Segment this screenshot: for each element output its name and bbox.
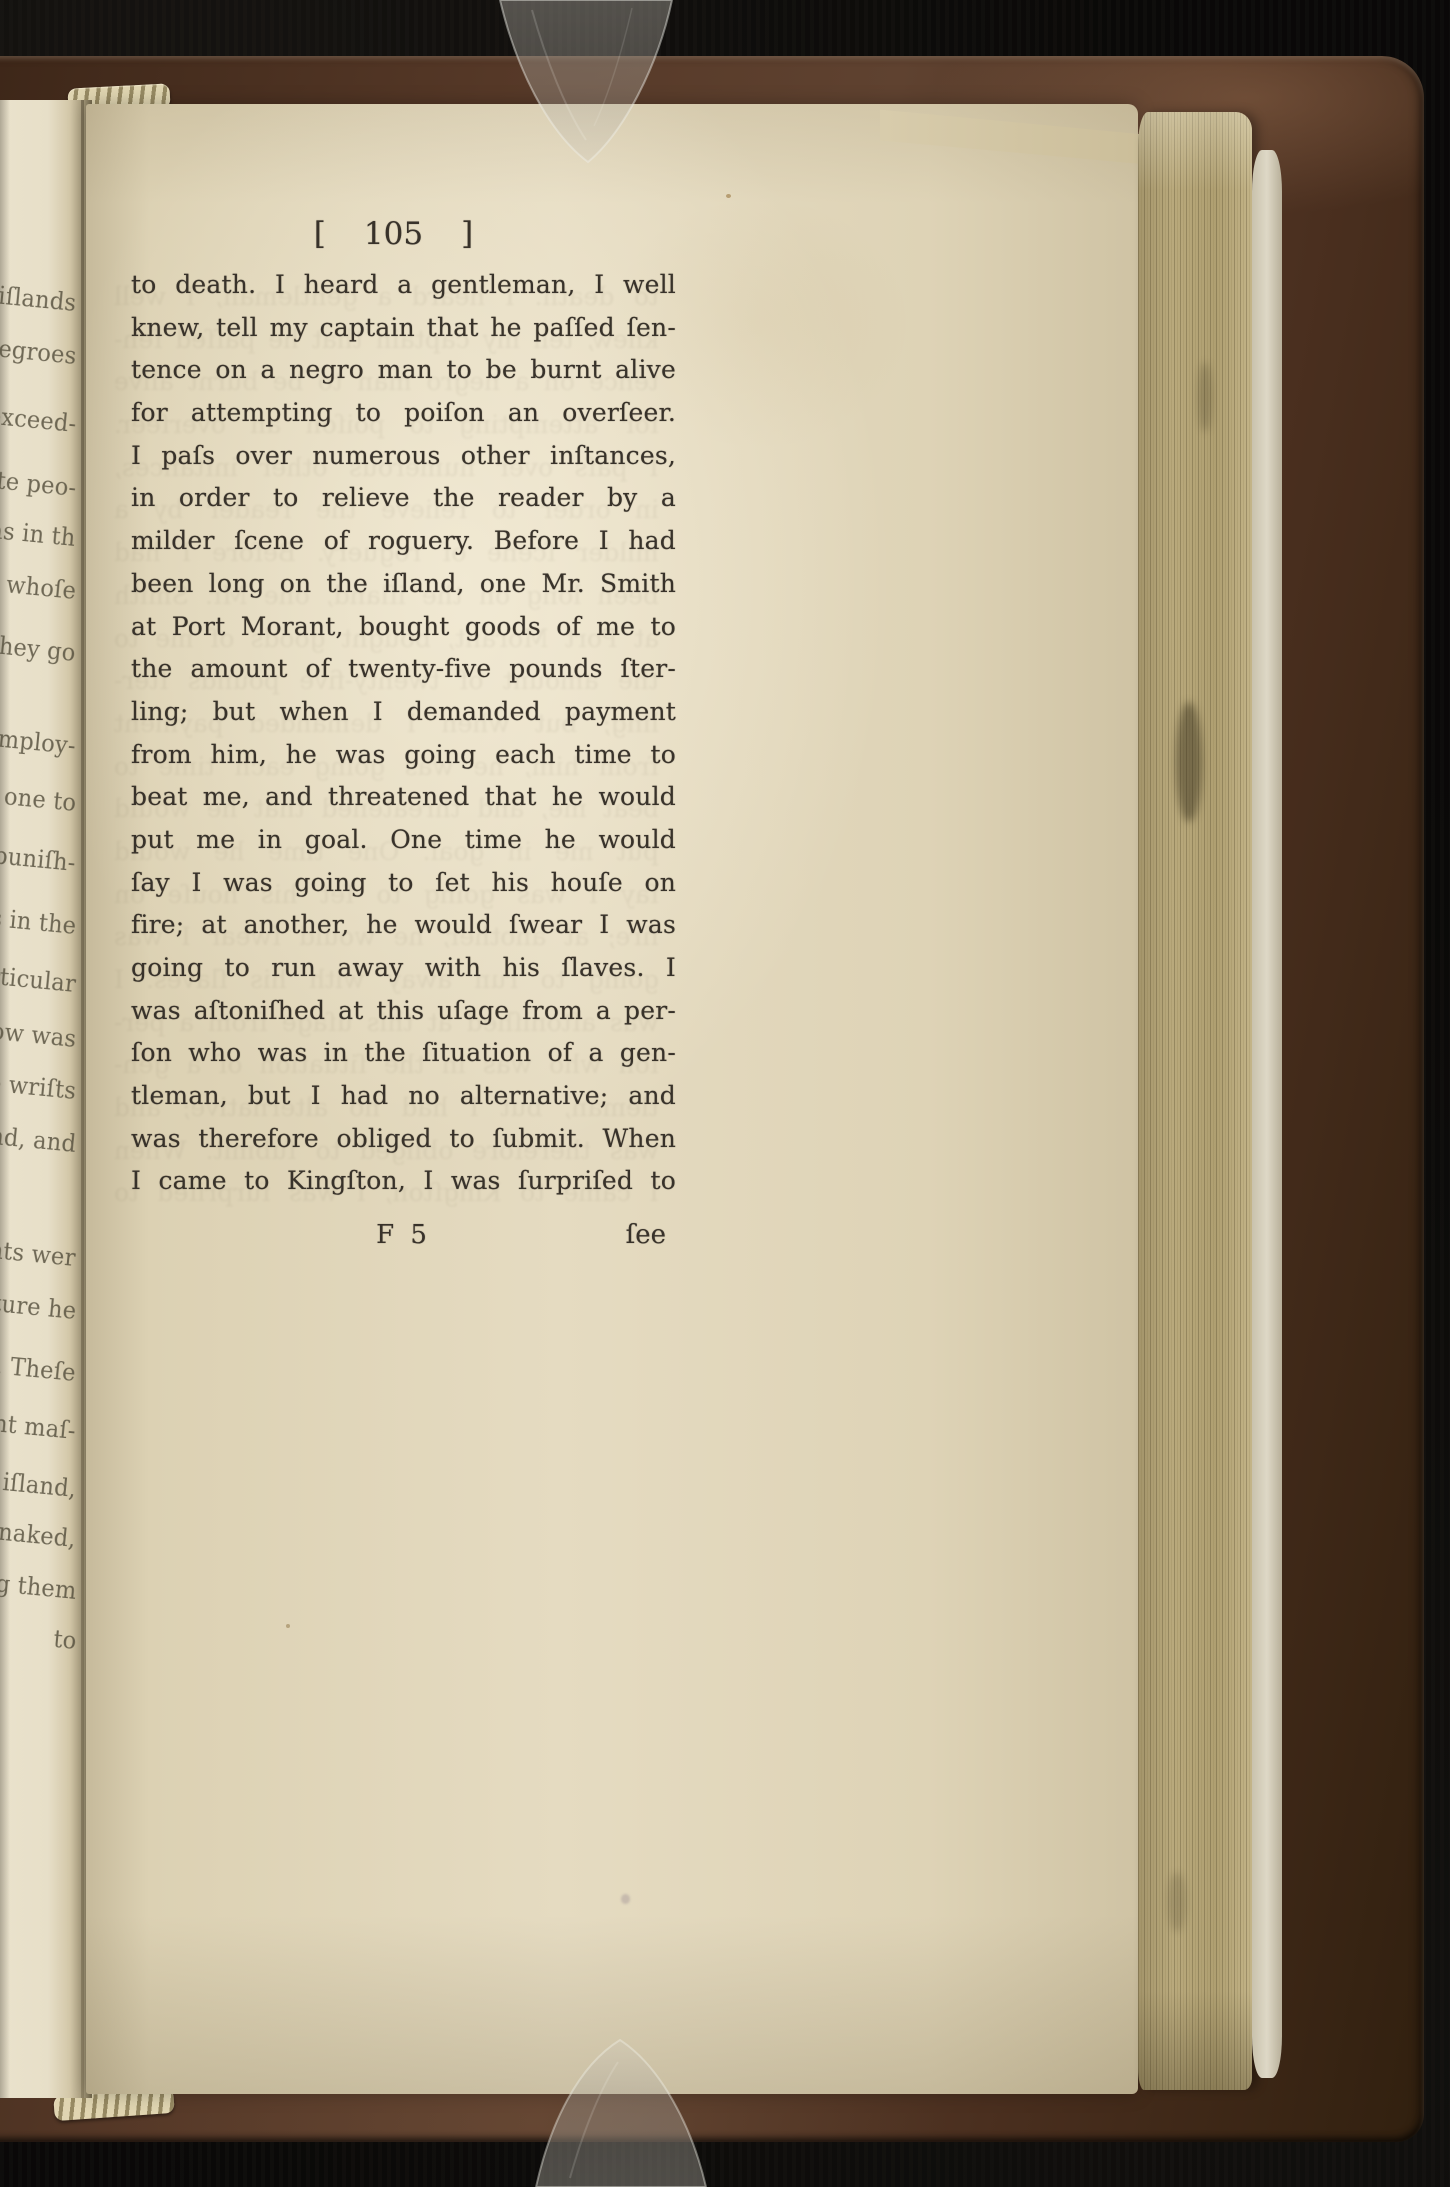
facing-page-fragment: aves in the bbox=[0, 900, 77, 940]
gutter-crease bbox=[81, 100, 84, 2098]
header-bracket-close: ] bbox=[461, 216, 473, 252]
facing-page-fragment: eights wer bbox=[0, 1232, 77, 1272]
facing-page-fragment: y the wriſts bbox=[0, 1064, 77, 1105]
body-line: tleman, but I had no alternative; and bbox=[131, 1075, 676, 1118]
body-line: from him, he was going each time to bbox=[131, 734, 676, 777]
strap-shape bbox=[536, 2040, 706, 2187]
body-line: milder ſcene of roguery. Before I had bbox=[131, 520, 676, 563]
facing-page-fragment: to bbox=[52, 1625, 78, 1655]
page-header: [ 105 ] bbox=[121, 216, 666, 252]
facing-page-fragment: ferent maſ- bbox=[0, 1405, 77, 1445]
body-line: fire; at another, he would ſwear I was bbox=[131, 904, 676, 947]
facing-page-fragment: uel puniſh- bbox=[0, 837, 77, 877]
header-bracket-open: [ bbox=[314, 216, 326, 252]
facing-page-fragment: fellow was bbox=[0, 1013, 77, 1053]
facing-page-fragment: roes naked, bbox=[0, 1512, 77, 1553]
fore-edge-smudge bbox=[1176, 702, 1202, 822]
paper-speck bbox=[286, 1624, 290, 1628]
endpaper-strip bbox=[1252, 150, 1282, 2078]
facing-page-fragment: n poſture he bbox=[0, 1283, 77, 1325]
facing-page-fragment: lia iſlands bbox=[0, 278, 77, 317]
body-line: I came to Kingſton, I was ſurpriſed to bbox=[131, 1160, 676, 1203]
facing-page-fragment: groes whoſe bbox=[0, 563, 77, 604]
facing-page-fragment: ed as in th bbox=[0, 512, 77, 552]
body-line: been long on the iſland, one Mr. Smith bbox=[131, 563, 676, 606]
body-line: tence on a negro man to be burnt alive bbox=[131, 349, 676, 392]
facing-page-fragment: from one to bbox=[0, 776, 77, 817]
facing-page-sliver: lia iſlandsof negroesual exceed-white pe… bbox=[0, 100, 92, 2098]
retaining-strap-top bbox=[462, 0, 702, 178]
fore-edge-smudge bbox=[1198, 362, 1212, 432]
facing-page-fragment: ground, and bbox=[0, 1117, 77, 1158]
body-line: ling; but when I demanded payment bbox=[131, 691, 676, 734]
facing-page-fragment: In particular bbox=[0, 956, 77, 998]
body-line: beat me, and threatened that he would bbox=[131, 776, 676, 819]
body-line: ſon who was in the ſituation of a gen- bbox=[131, 1032, 676, 1075]
body-line: I paſs over numerous other inſtances, bbox=[131, 435, 676, 478]
body-line: at Port Morant, bought goods of me to bbox=[131, 606, 676, 649]
facing-page-fragment: of negroes bbox=[0, 330, 77, 370]
strap-shape bbox=[500, 0, 672, 162]
body-line: the amount of twenty-five pounds ſter- bbox=[131, 648, 676, 691]
body-line: going to run away with his ſlaves. I bbox=[131, 947, 676, 990]
body-text: to death. I heard a gentleman, I wellkne… bbox=[131, 264, 676, 1203]
facing-page-fragment: ſtung them bbox=[0, 1565, 77, 1605]
body-line: was therefore obliged to ſubmit. When bbox=[131, 1118, 676, 1161]
paper-speck bbox=[726, 194, 731, 198]
body-line: was aſtoniſhed at this uſage from a per- bbox=[131, 990, 676, 1033]
facing-page-fragment: ual exceed- bbox=[0, 397, 77, 438]
facing-page-fragment: lly. Theſe bbox=[0, 1349, 77, 1387]
fore-edge bbox=[1138, 112, 1252, 2090]
retaining-strap-bottom bbox=[520, 2028, 720, 2187]
body-line: for attempting to poiſon an overſeer. bbox=[131, 392, 676, 435]
facing-page-fragment: white peo- bbox=[0, 462, 77, 502]
photograph-background: lia iſlandsof negroesual exceed-white pe… bbox=[0, 0, 1450, 2187]
body-line: ſay I was going to ſet his houſe on bbox=[131, 862, 676, 905]
body-line: knew, tell my captain that he paſſed ſen… bbox=[131, 307, 676, 350]
facing-page-fragment: for employ- bbox=[0, 719, 77, 760]
text-block: [ 105 ] to death. I heard a gentleman, I… bbox=[131, 104, 676, 2094]
facing-page-fragment: the iſland, bbox=[0, 1464, 77, 1503]
page-number: 105 bbox=[364, 216, 423, 252]
direction-line: F 5 ſee bbox=[131, 1220, 676, 1266]
paper-speck bbox=[621, 1894, 630, 1904]
book-page: to death. I heard a gentleman, I wellkne… bbox=[86, 104, 1138, 2094]
body-line: put me in goal. One time he would bbox=[131, 819, 676, 862]
facing-page-fragment: es ; they go bbox=[0, 626, 77, 667]
signature-mark: F 5 bbox=[376, 1220, 431, 1250]
catchword: ſee bbox=[626, 1220, 666, 1250]
body-line: in order to relieve the reader by a bbox=[131, 477, 676, 520]
fore-edge-smudge bbox=[1168, 1872, 1186, 1932]
body-line: to death. I heard a gentleman, I well bbox=[131, 264, 676, 307]
